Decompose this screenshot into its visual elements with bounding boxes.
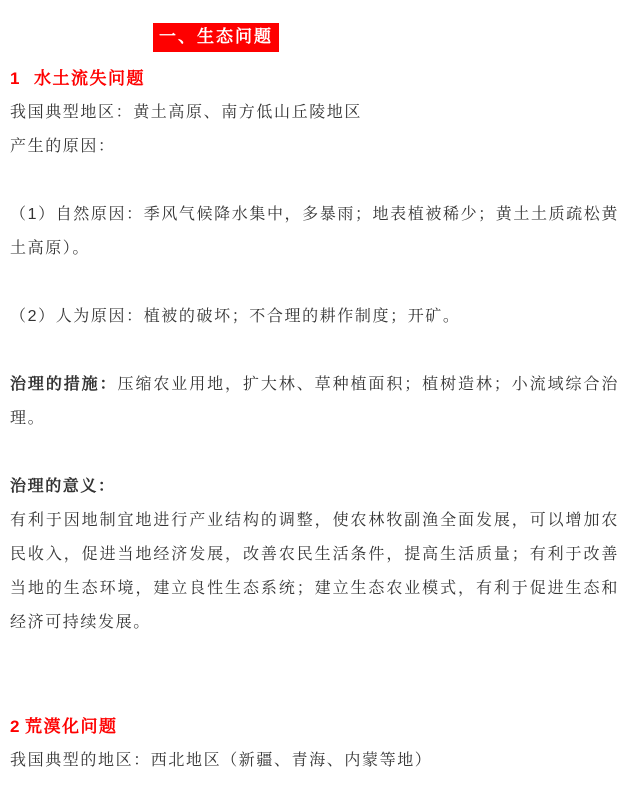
section2-heading-label: 荒漠化问题 — [25, 717, 118, 736]
section1-natural-cause: （1）自然原因：季风气候降水集中，多暴雨；地表植被稀少；黄土土质疏松黄土高原）。 — [10, 198, 619, 266]
section1-causes-label: 产生的原因： — [10, 130, 619, 164]
section2-heading: 2荒漠化问题 — [10, 710, 619, 744]
section1-typical-region: 我国典型地区：黄土高原、南方低山丘陵地区 — [10, 96, 619, 130]
section1-heading-label: 水土流失问题 — [34, 69, 145, 88]
section1-meaning-text: 有利于因地制宜地进行产业结构的调整，使农林牧副渔全面发展，可以增加农民收入，促进… — [10, 504, 619, 640]
section1-human-cause: （2）人为原因：植被的破坏；不合理的耕作制度；开矿。 — [10, 300, 619, 334]
title-row: 一、生态问题 — [153, 23, 619, 52]
section1-meaning-label: 治理的意义： — [10, 470, 619, 504]
section2-typical-region: 我国典型的地区：西北地区（新疆、青海、内蒙等地） — [10, 744, 619, 778]
document-page: 一、生态问题 1水土流失问题 我国典型地区：黄土高原、南方低山丘陵地区 产生的原… — [0, 0, 629, 800]
section1-heading: 1水土流失问题 — [10, 62, 619, 96]
section1-measures: 治理的措施：压缩农业用地，扩大林、草种植面积；植树造林；小流域综合治理。 — [10, 368, 619, 436]
document-body: { "doc": { "title": "一、生态问题", "accent_co… — [0, 0, 629, 800]
section1-measures-label: 治理的措施： — [10, 376, 118, 393]
section1-number: 1 — [10, 62, 34, 96]
doc-title: 一、生态问题 — [153, 23, 279, 52]
section2-number: 2 — [10, 710, 25, 744]
